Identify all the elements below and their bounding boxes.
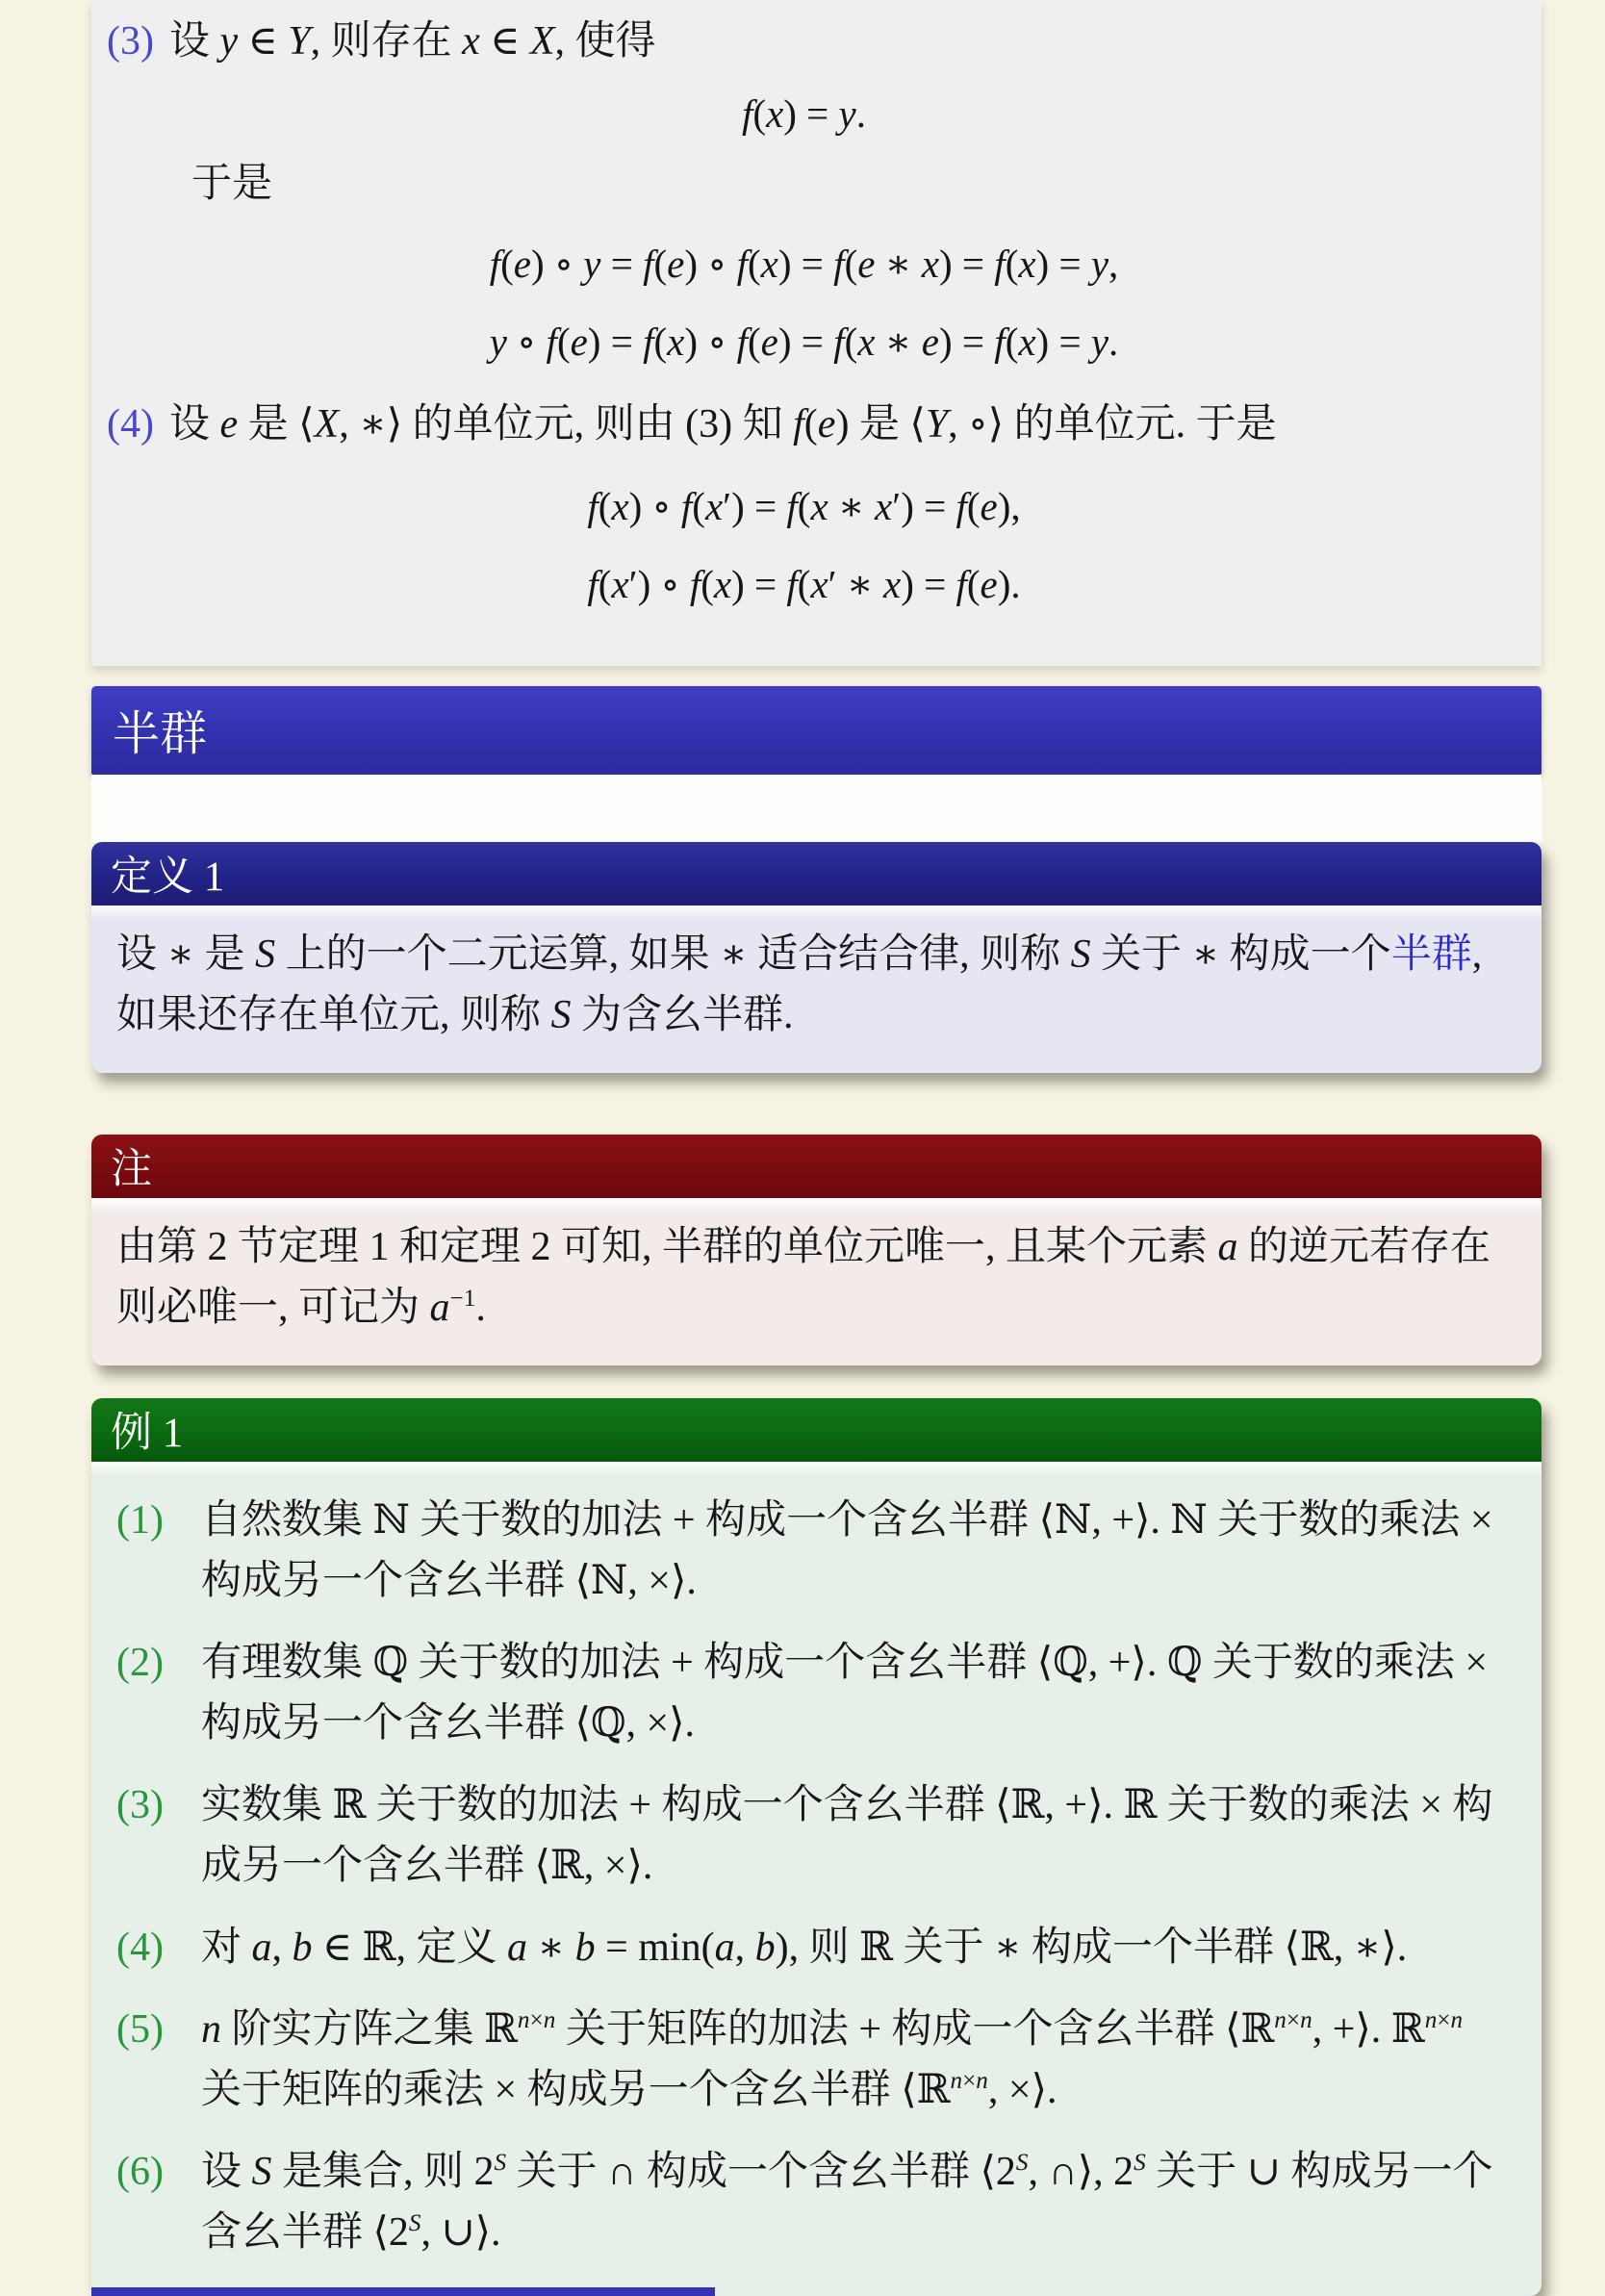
next-banner-edge: [91, 2287, 715, 2296]
list-item: (2) 有理数集 ℚ 关于数的加法 + 构成一个含幺半群 ⟨ℚ, +⟩. ℚ 关…: [116, 1633, 1513, 1754]
item-number: (1): [116, 1491, 180, 1612]
proof-item-4-text: 设 e 是 ⟨X, ∗⟩ 的单位元, 则由 (3) 知 f(e) 是 ⟨Y, ∘…: [169, 395, 1277, 455]
proof-item-4-number: (4): [107, 395, 154, 455]
then-label: 于是: [191, 156, 1501, 213]
list-item: (1) 自然数集 ℕ 关于数的加法 + 构成一个含幺半群 ⟨ℕ, +⟩. ℕ 关…: [116, 1491, 1513, 1612]
definition-text-pre: 设 ∗ 是 S 上的一个二元运算, 如果 ∗ 适合结合律, 则称 S 关于 ∗ …: [116, 932, 1391, 977]
example-header-label: 例 1: [111, 1400, 183, 1459]
note-text: 由第 2 节定理 1 和定理 2 可知, 半群的单位元唯一, 且某个元素 a 的…: [116, 1225, 1490, 1330]
white-gap-band: [91, 775, 1541, 842]
proof-block: (3) 设 y ∈ Y, 则存在 x ∈ X, 使得 f(x) = y. 于是 …: [91, 0, 1541, 666]
item-number: (3): [116, 1775, 180, 1897]
list-item: (5) n 阶实方阵之集 ℝn×n 关于矩阵的加法 + 构成一个含幺半群 ⟨ℝn…: [116, 2000, 1513, 2121]
equation-group-inverse: f(x) ∘ f(x′) = f(x ∗ x′) = f(e), f(x′) ∘…: [107, 480, 1501, 612]
equation-fx-equals-y: f(x) = y.: [107, 88, 1501, 140]
equation-inverse-2: f(x′) ∘ f(x) = f(x′ ∗ x) = f(e).: [107, 558, 1501, 611]
item-number: (5): [116, 2000, 180, 2121]
equation-left-identity: f(e) ∘ y = f(e) ∘ f(x) = f(e ∗ x) = f(x)…: [107, 238, 1501, 291]
section-title: 半群: [113, 697, 207, 764]
item-text: 自然数集 ℕ 关于数的加法 + 构成一个含幺半群 ⟨ℕ, +⟩. ℕ 关于数的乘…: [201, 1491, 1513, 1612]
item-text: 设 S 是集合, 则 2S 关于 ∩ 构成一个含幺半群 ⟨2S, ∩⟩, 2S …: [201, 2142, 1513, 2263]
note-header-label: 注: [111, 1136, 152, 1195]
item-text: 对 a, b ∈ ℝ, 定义 a ∗ b = min(a, b), 则 ℝ 关于…: [201, 1918, 1513, 1978]
definition-body: 设 ∗ 是 S 上的一个二元运算, 如果 ∗ 适合结合律, 则称 S 关于 ∗ …: [91, 906, 1541, 1073]
item-number: (6): [116, 2142, 180, 2263]
list-item: (6) 设 S 是集合, 则 2S 关于 ∩ 构成一个含幺半群 ⟨2S, ∩⟩,…: [116, 2142, 1513, 2263]
item-number: (4): [116, 1918, 180, 1978]
equation-inverse-1: f(x) ∘ f(x′) = f(x ∗ x′) = f(e),: [107, 480, 1501, 533]
proof-item-4: (4) 设 e 是 ⟨X, ∗⟩ 的单位元, 则由 (3) 知 f(e) 是 ⟨…: [107, 395, 1501, 455]
definition-header: 定义 1: [91, 842, 1541, 906]
definition-block: 定义 1 设 ∗ 是 S 上的一个二元运算, 如果 ∗ 适合结合律, 则称 S …: [91, 842, 1541, 1073]
equation-right-identity: y ∘ f(e) = f(x) ∘ f(e) = f(x ∗ e) = f(x)…: [107, 316, 1501, 369]
section-banner: 半群: [91, 686, 1541, 775]
note-block: 注 由第 2 节定理 1 和定理 2 可知, 半群的单位元唯一, 且某个元素 a…: [91, 1135, 1541, 1365]
semigroup-term-link[interactable]: 半群: [1391, 932, 1472, 977]
example-header: 例 1: [91, 1398, 1541, 1462]
example-block: 例 1 (1) 自然数集 ℕ 关于数的加法 + 构成一个含幺半群 ⟨ℕ, +⟩.…: [91, 1398, 1541, 2296]
note-body: 由第 2 节定理 1 和定理 2 可知, 半群的单位元唯一, 且某个元素 a 的…: [91, 1198, 1541, 1365]
slide-page: { "colors": { "page_background": "#f6f3e…: [0, 0, 1605, 2296]
list-item: (4) 对 a, b ∈ ℝ, 定义 a ∗ b = min(a, b), 则 …: [116, 1918, 1513, 1978]
slide: (3) 设 y ∈ Y, 则存在 x ∈ X, 使得 f(x) = y. 于是 …: [0, 0, 1605, 2296]
item-text: 有理数集 ℚ 关于数的加法 + 构成一个含幺半群 ⟨ℚ, +⟩. ℚ 关于数的乘…: [201, 1633, 1513, 1754]
equation-group-identity: f(e) ∘ y = f(e) ∘ f(x) = f(e ∗ x) = f(x)…: [107, 238, 1501, 370]
proof-item-3: (3) 设 y ∈ Y, 则存在 x ∈ X, 使得: [107, 12, 1501, 72]
list-item: (3) 实数集 ℝ 关于数的加法 + 构成一个含幺半群 ⟨ℝ, +⟩. ℝ 关于…: [116, 1775, 1513, 1897]
proof-item-3-text: 设 y ∈ Y, 则存在 x ∈ X, 使得: [169, 12, 656, 72]
definition-header-label: 定义 1: [111, 844, 224, 903]
item-number: (2): [116, 1633, 180, 1754]
proof-item-3-number: (3): [107, 12, 154, 72]
item-text: n 阶实方阵之集 ℝn×n 关于矩阵的加法 + 构成一个含幺半群 ⟨ℝn×n, …: [201, 2000, 1513, 2121]
item-text: 实数集 ℝ 关于数的加法 + 构成一个含幺半群 ⟨ℝ, +⟩. ℝ 关于数的乘法…: [201, 1775, 1513, 1897]
note-header: 注: [91, 1135, 1541, 1198]
example-body: (1) 自然数集 ℕ 关于数的加法 + 构成一个含幺半群 ⟨ℕ, +⟩. ℕ 关…: [91, 1462, 1541, 2296]
